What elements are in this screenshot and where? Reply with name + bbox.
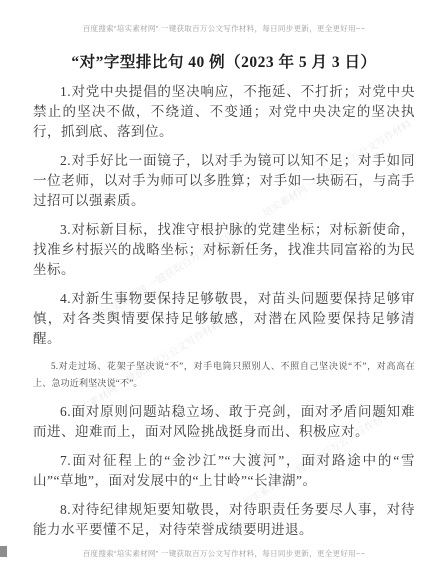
paragraph-3: 3.对标新目标，找准守根护脉的党建坐标；对标新使命，找准乡村振兴的战略坐标；对标… [33,220,415,280]
paragraph-6: 6.面对原则问题站稳立场、敢于亮剑，面对矛盾问题知难而进、迎难而上，面对风险挑战… [33,402,415,442]
document-page: 培实素材网 一键获取百万公文写作材料 培实素材网 一键获取百万公文写作材料 培实… [0,0,448,580]
paragraph-8: 8.对待纪律规矩要知敬畏，对待职责任务要尽人事，对待能力水平要懂不足，对待荣誉成… [33,500,415,540]
page-title: “对”字型排比句 40 例（2023 年 5 月 3 日） [0,50,448,72]
paragraph-5: 5.对走过场、花架子坚决说“不”，对手电筒只照别人、不照自己坚决说“不”，对高高… [33,358,415,392]
top-ad-banner: 百度搜索“培实素材网” 一键获取百万公文写作材料，每日同步更新，更全更好用~~ [0,23,448,34]
paragraph-7: 7.面对征程上的“金沙江”“大渡河”，面对路途中的“雪山”“草地”，面对发展中的… [33,451,415,491]
paragraph-1: 1.对党中央提倡的坚决响应，不拖延、不打折；对党中央禁止的坚决不做，不绕道、不变… [33,82,415,142]
bottom-ad-banner: 百度搜索“培实素材网” 一键获取百万公文写作材料，每日同步更新，更全更好用~~ [0,548,448,559]
paragraph-2: 2.对手好比一面镜子，以对手为镜可以知不足；对手如同一位老师，以对手为师可以多胜… [33,151,415,211]
document-body: 1.对党中央提倡的坚决响应，不拖延、不打折；对党中央禁止的坚决不做，不绕道、不变… [33,82,415,549]
paragraph-4: 4.对新生事物要保持足够敬畏，对苗头问题要保持足够审慎，对各类舆情要保持足够敏感… [33,289,415,349]
